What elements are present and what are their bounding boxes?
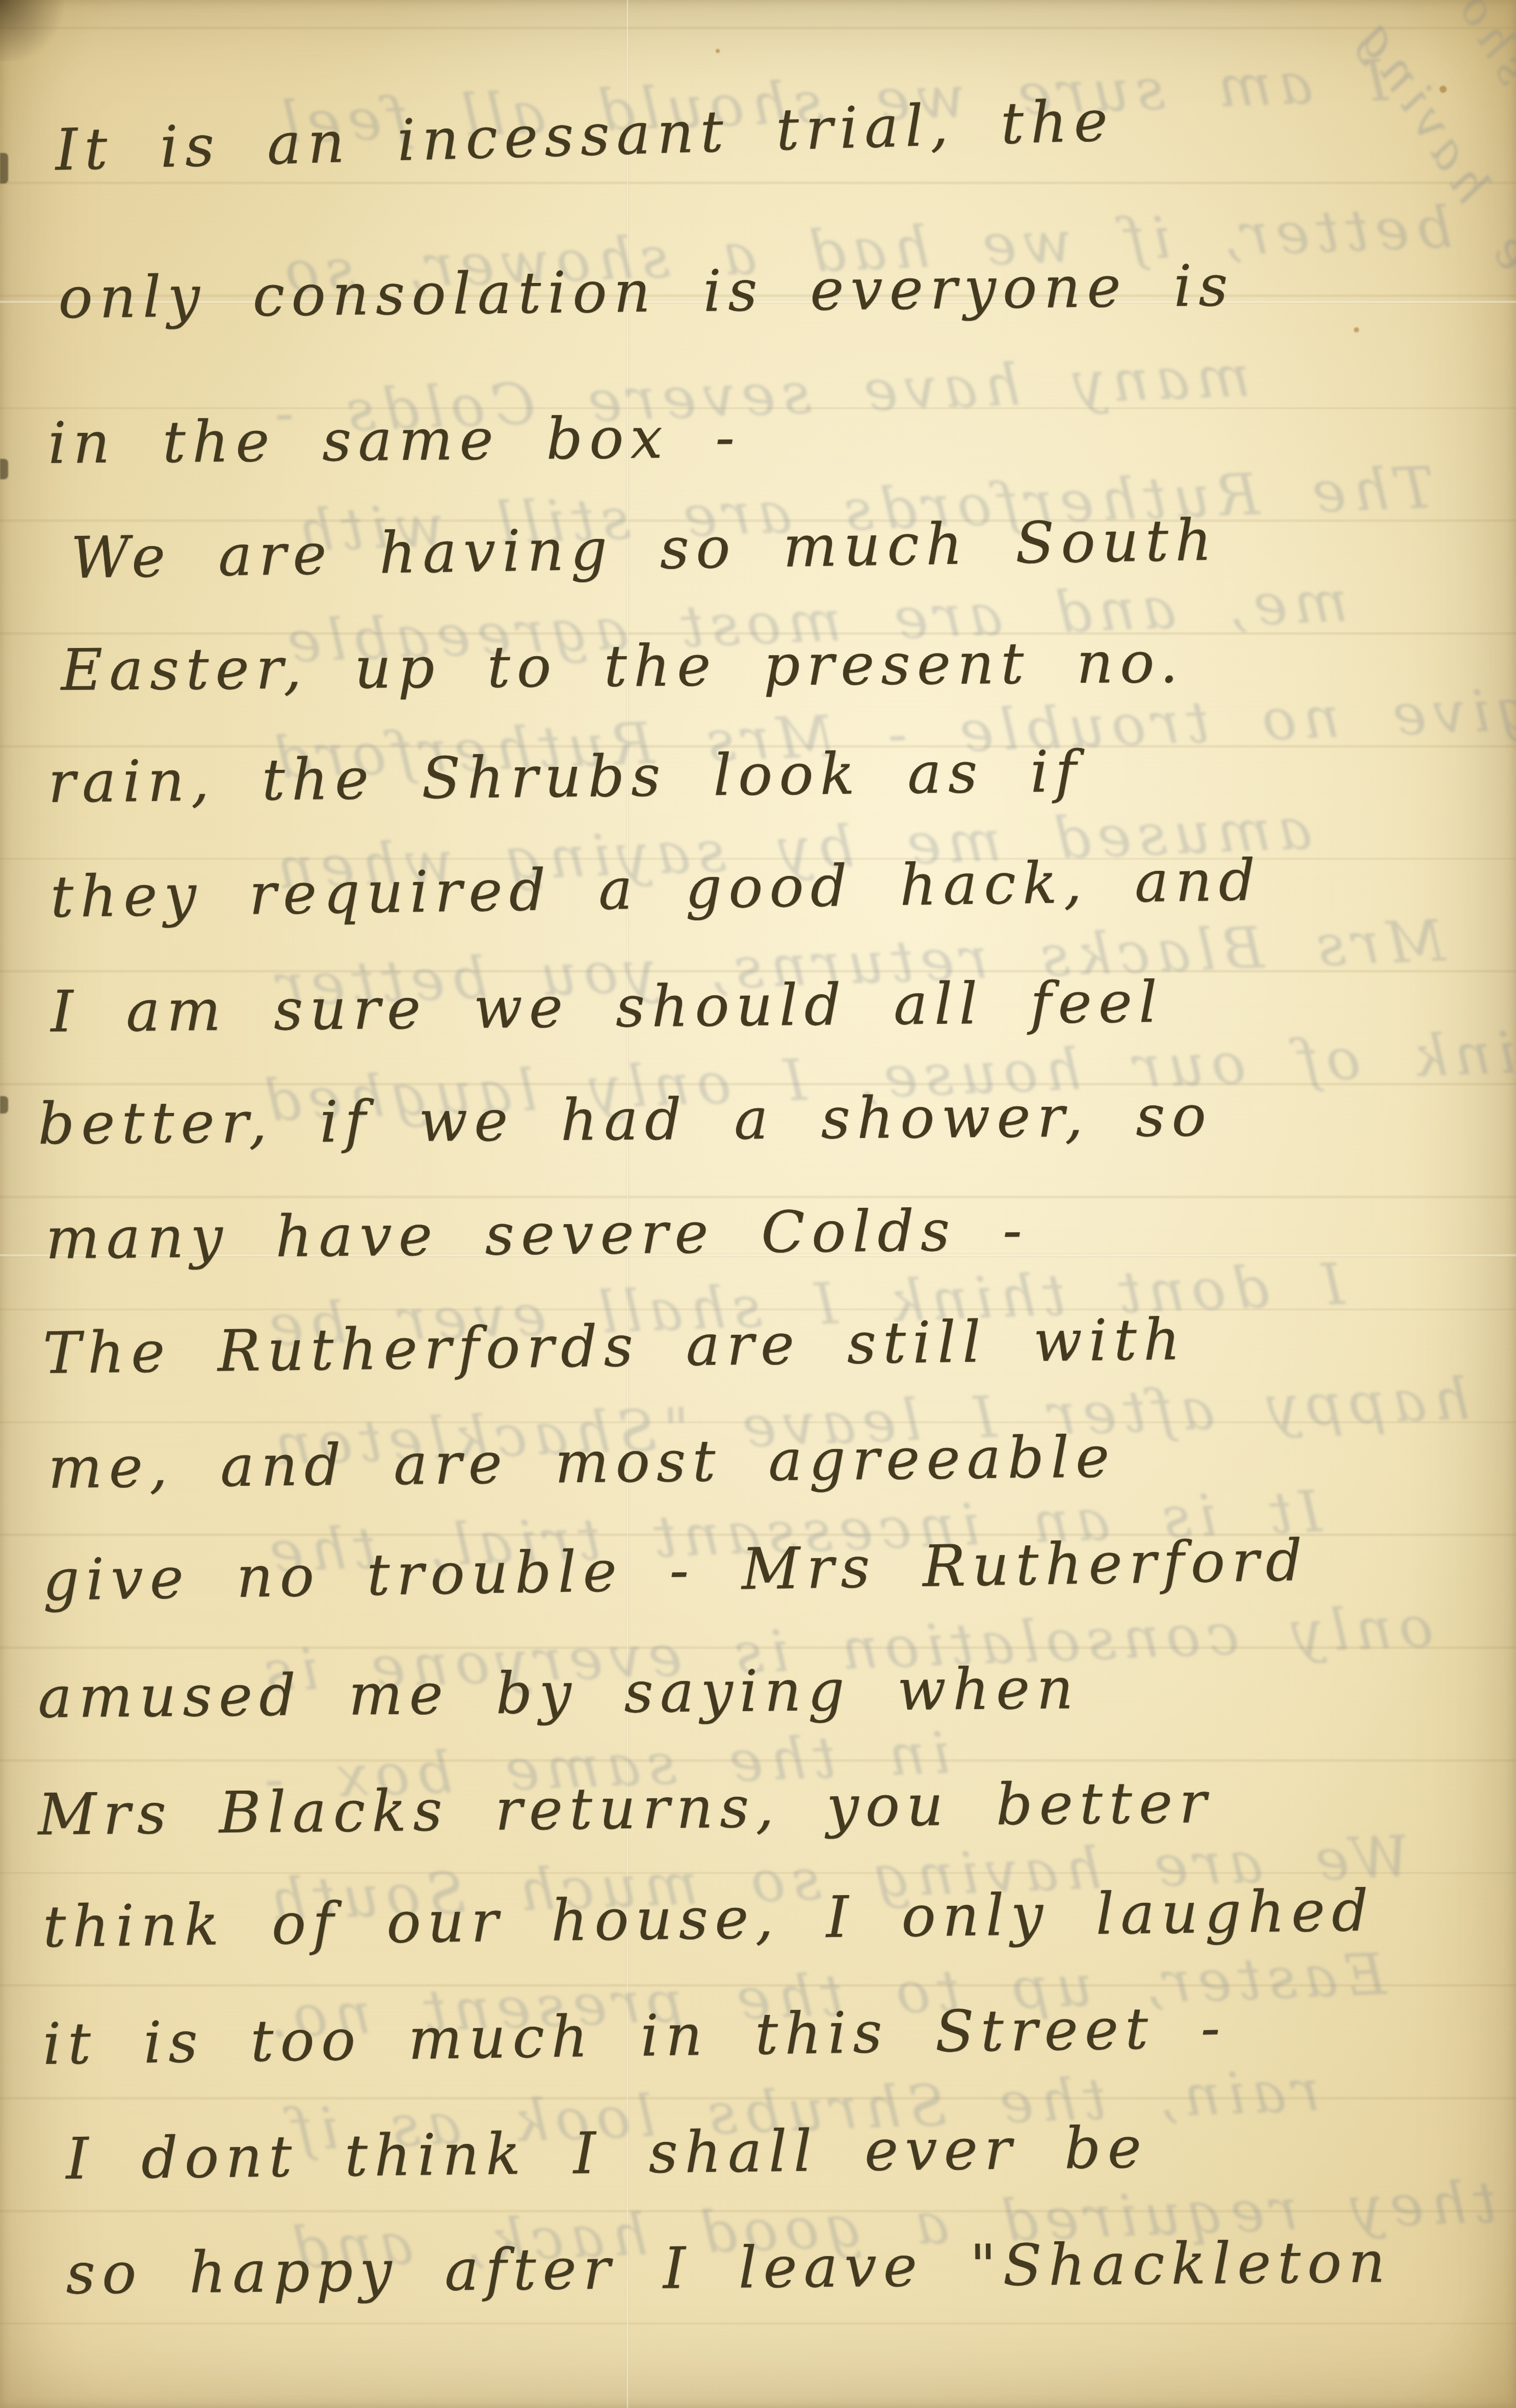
fox-spot [1440, 86, 1447, 93]
handwritten-line: only consolation is everyone is [58, 253, 1235, 331]
letter-page: I am sure we should all feelbetter, if w… [0, 0, 1516, 2408]
fox-spot [716, 49, 720, 53]
handwritten-line: think of our house, I only laughed [42, 1878, 1375, 1960]
handwritten-line: give no trouble - Mrs Rutherford [42, 1527, 1309, 1614]
handwritten-line: in the same box - [48, 404, 742, 477]
handwritten-line: The Rutherfords are still with [42, 1307, 1187, 1387]
bleedthrough-stroke: We are having so much South [1058, 0, 1516, 448]
fox-spot [1354, 327, 1359, 332]
scan-corner-shadow [0, 0, 71, 61]
handwritten-line: better, if we had a shower, so [38, 1083, 1213, 1157]
handwritten-line: I am sure we should all feel [50, 969, 1164, 1045]
handwritten-line: they required a good hack, and [50, 847, 1262, 930]
scan-edge-mark [0, 1096, 8, 1114]
handwritten-line: so happy after I leave "Shackleton [66, 2229, 1392, 2307]
handwritten-line: It is an incessant trial, the [54, 88, 1115, 184]
handwritten-line: I dont think I shall ever be [66, 2115, 1148, 2192]
scan-edge-mark [0, 153, 8, 184]
bleedthrough-stroke: The Rutherfords are still with [1400, 0, 1516, 626]
handwritten-line: rain, the Shrubs look as if [48, 739, 1083, 816]
handwritten-line: Mrs Blacks returns, you better [38, 1770, 1214, 1848]
scan-edge-mark [0, 459, 8, 479]
handwritten-line: it is too much in this Street - [42, 1995, 1227, 2078]
handwritten-line: me, and are most agreeable [48, 1424, 1116, 1501]
handwritten-line: amused me by saying when [38, 1655, 1080, 1731]
handwritten-line: Easter, up to the present no. [61, 630, 1185, 704]
handwritten-line: many have severe Colds - [45, 1197, 1029, 1272]
bleedthrough-stroke: I am sure we should all feel [1261, 0, 1516, 515]
handwritten-line: We are having so much South [70, 507, 1219, 591]
